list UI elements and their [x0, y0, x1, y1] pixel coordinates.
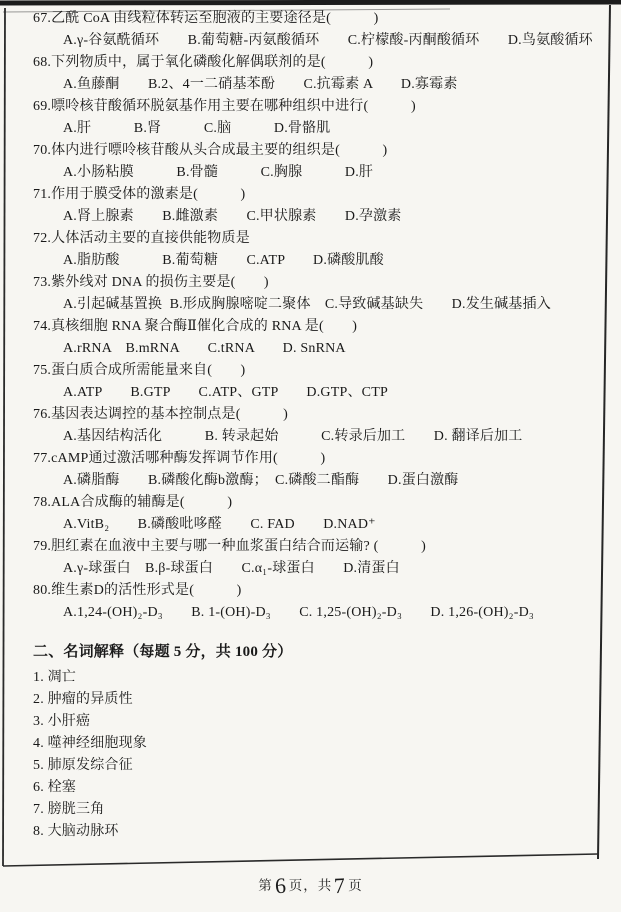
question-stem: 77.cAMP通过激活哪种酶发挥调节作用( ): [33, 448, 593, 470]
question-options: A.脂肪酸 B.葡萄糖 C.ATP D.磷酸肌酸: [63, 250, 593, 272]
question-79: 79.胆红素在血液中主要与哪一种血浆蛋白结合而运输? ( ) A.γ-球蛋白 B…: [33, 536, 593, 580]
question-options: A.肾上腺素 B.雌激素 C.甲状腺素 D.孕激素: [63, 206, 593, 228]
question-options: A.小肠粘膜 B.骨髓 C.胸腺 D.肝: [63, 162, 593, 184]
question-options: A.γ-谷氨酰循环 B.葡萄糖-丙氨酸循环 C.柠檬酸-丙酮酸循环 D.鸟氨酸循…: [63, 30, 593, 52]
term-item: 5. 肺原发综合征: [33, 755, 593, 777]
question-options: A.γ-球蛋白 B.β-球蛋白 C.α₁-球蛋白 D.清蛋白: [63, 558, 593, 580]
question-77: 77.cAMP通过激活哪种酶发挥调节作用( ) A.磷脂酶 B.磷酸化酶b激酶；…: [33, 448, 593, 492]
question-stem: 70.体内进行嘌呤核苷酸从头合成最主要的组织是( ): [33, 140, 593, 162]
term-list: 1. 凋亡 2. 肿瘤的异质性 3. 小肝癌 4. 噬神经细胞现象 5. 肺原发…: [33, 667, 593, 843]
question-options: A.rRNA B.mRNA C.tRNA D. SnRNA: [63, 338, 593, 360]
question-stem: 78.ALA合成酶的辅酶是( ): [33, 492, 593, 514]
question-72: 72.人体活动主要的直接供能物质是 A.脂肪酸 B.葡萄糖 C.ATP D.磷酸…: [33, 228, 593, 272]
section-heading: 二、名词解释（每题 5 分，共 100 分）: [33, 641, 593, 663]
footer-middle: 页，共: [289, 878, 333, 893]
footer-suffix: 页: [348, 878, 363, 893]
scanned-exam-page: 67.乙酰 CoA 由线粒体转运至胞液的主要途径是( ) A.γ-谷氨酰循环 B…: [0, 0, 621, 912]
question-options: A.引起碱基置换 B.形成胸腺嘧啶二聚体 C.导致碱基缺失 D.发生碱基插入: [63, 294, 593, 316]
term-item: 3. 小肝癌: [33, 711, 593, 733]
term-item: 6. 栓塞: [33, 777, 593, 799]
term-item: 2. 肿瘤的异质性: [33, 689, 593, 711]
term-item: 8. 大脑动脉环: [33, 821, 593, 843]
question-71: 71.作用于膜受体的激素是( ) A.肾上腺素 B.雌激素 C.甲状腺素 D.孕…: [33, 184, 593, 228]
question-80: 80.维生素D的活性形式是( ) A.1,24-(OH)₂-D₃ B. 1-(O…: [33, 580, 593, 624]
question-stem: 74.真核细胞 RNA 聚合酶Ⅱ催化合成的 RNA 是( ): [33, 316, 593, 338]
question-stem: 75.蛋白质合成所需能量来自( ): [33, 360, 593, 382]
question-70: 70.体内进行嘌呤核苷酸从头合成最主要的组织是( ) A.小肠粘膜 B.骨髓 C…: [33, 140, 593, 184]
question-options: A.磷脂酶 B.磷酸化酶b激酶； C.磷酸二酯酶 D.蛋白激酶: [63, 470, 593, 492]
question-69: 69.嘌呤核苷酸循环脱氨基作用主要在哪种组织中进行( ) A.肝 B.肾 C.脑…: [33, 96, 593, 140]
question-options: A.鱼藤酮 B.2、4一二硝基苯酚 C.抗霉素 A D.寡霉素: [63, 74, 593, 96]
question-stem: 80.维生素D的活性形式是( ): [33, 580, 593, 602]
question-73: 73.紫外线对 DNA 的损伤主要是( ) A.引起碱基置换 B.形成胸腺嘧啶二…: [33, 272, 593, 316]
question-68: 68.下列物质中，属于氧化磷酸化解偶联剂的是( ) A.鱼藤酮 B.2、4一二硝…: [33, 52, 593, 96]
question-74: 74.真核细胞 RNA 聚合酶Ⅱ催化合成的 RNA 是( ) A.rRNA B.…: [33, 316, 593, 360]
question-stem: 67.乙酰 CoA 由线粒体转运至胞液的主要途径是( ): [33, 8, 593, 30]
page-number: 6: [272, 875, 289, 898]
question-stem: 71.作用于膜受体的激素是( ): [33, 184, 593, 206]
footer-prefix: 第: [258, 878, 273, 893]
question-75: 75.蛋白质合成所需能量来自( ) A.ATP B.GTP C.ATP、GTP …: [33, 360, 593, 404]
question-stem: 72.人体活动主要的直接供能物质是: [33, 228, 593, 250]
question-options: A.ATP B.GTP C.ATP、GTP D.GTP、CTP: [63, 382, 593, 404]
question-67: 67.乙酰 CoA 由线粒体转运至胞液的主要途径是( ) A.γ-谷氨酰循环 B…: [33, 8, 593, 52]
question-options: A.肝 B.肾 C.脑 D.骨骼肌: [63, 118, 593, 140]
question-options: A.1,24-(OH)₂-D₃ B. 1-(OH)-D₃ C. 1,25-(OH…: [63, 602, 593, 624]
exam-body: 67.乙酰 CoA 由线粒体转运至胞液的主要途径是( ) A.γ-谷氨酰循环 B…: [33, 8, 593, 843]
question-stem: 68.下列物质中，属于氧化磷酸化解偶联剂的是( ): [33, 52, 593, 74]
question-stem: 79.胆红素在血液中主要与哪一种血浆蛋白结合而运输? ( ): [33, 536, 593, 558]
question-stem: 69.嘌呤核苷酸循环脱氨基作用主要在哪种组织中进行( ): [33, 96, 593, 118]
term-item: 7. 膀胱三角: [33, 799, 593, 821]
question-options: A.VitB₂ B.磷酸吡哆醛 C. FAD D.NAD⁺: [63, 514, 593, 536]
term-item: 4. 噬神经细胞现象: [33, 733, 593, 755]
question-options: A.基因结构活化 B. 转录起始 C.转录后加工 D. 翻译后加工: [63, 426, 593, 448]
term-item: 1. 凋亡: [33, 667, 593, 689]
question-stem: 76.基因表达调控的基本控制点是( ): [33, 404, 593, 426]
question-78: 78.ALA合成酶的辅酶是( ) A.VitB₂ B.磷酸吡哆醛 C. FAD …: [33, 492, 593, 536]
question-stem: 73.紫外线对 DNA 的损伤主要是( ): [33, 272, 593, 294]
total-pages: 7: [332, 875, 349, 898]
question-76: 76.基因表达调控的基本控制点是( ) A.基因结构活化 B. 转录起始 C.转…: [33, 404, 593, 448]
page-footer: 第6页，共7页: [0, 872, 621, 894]
